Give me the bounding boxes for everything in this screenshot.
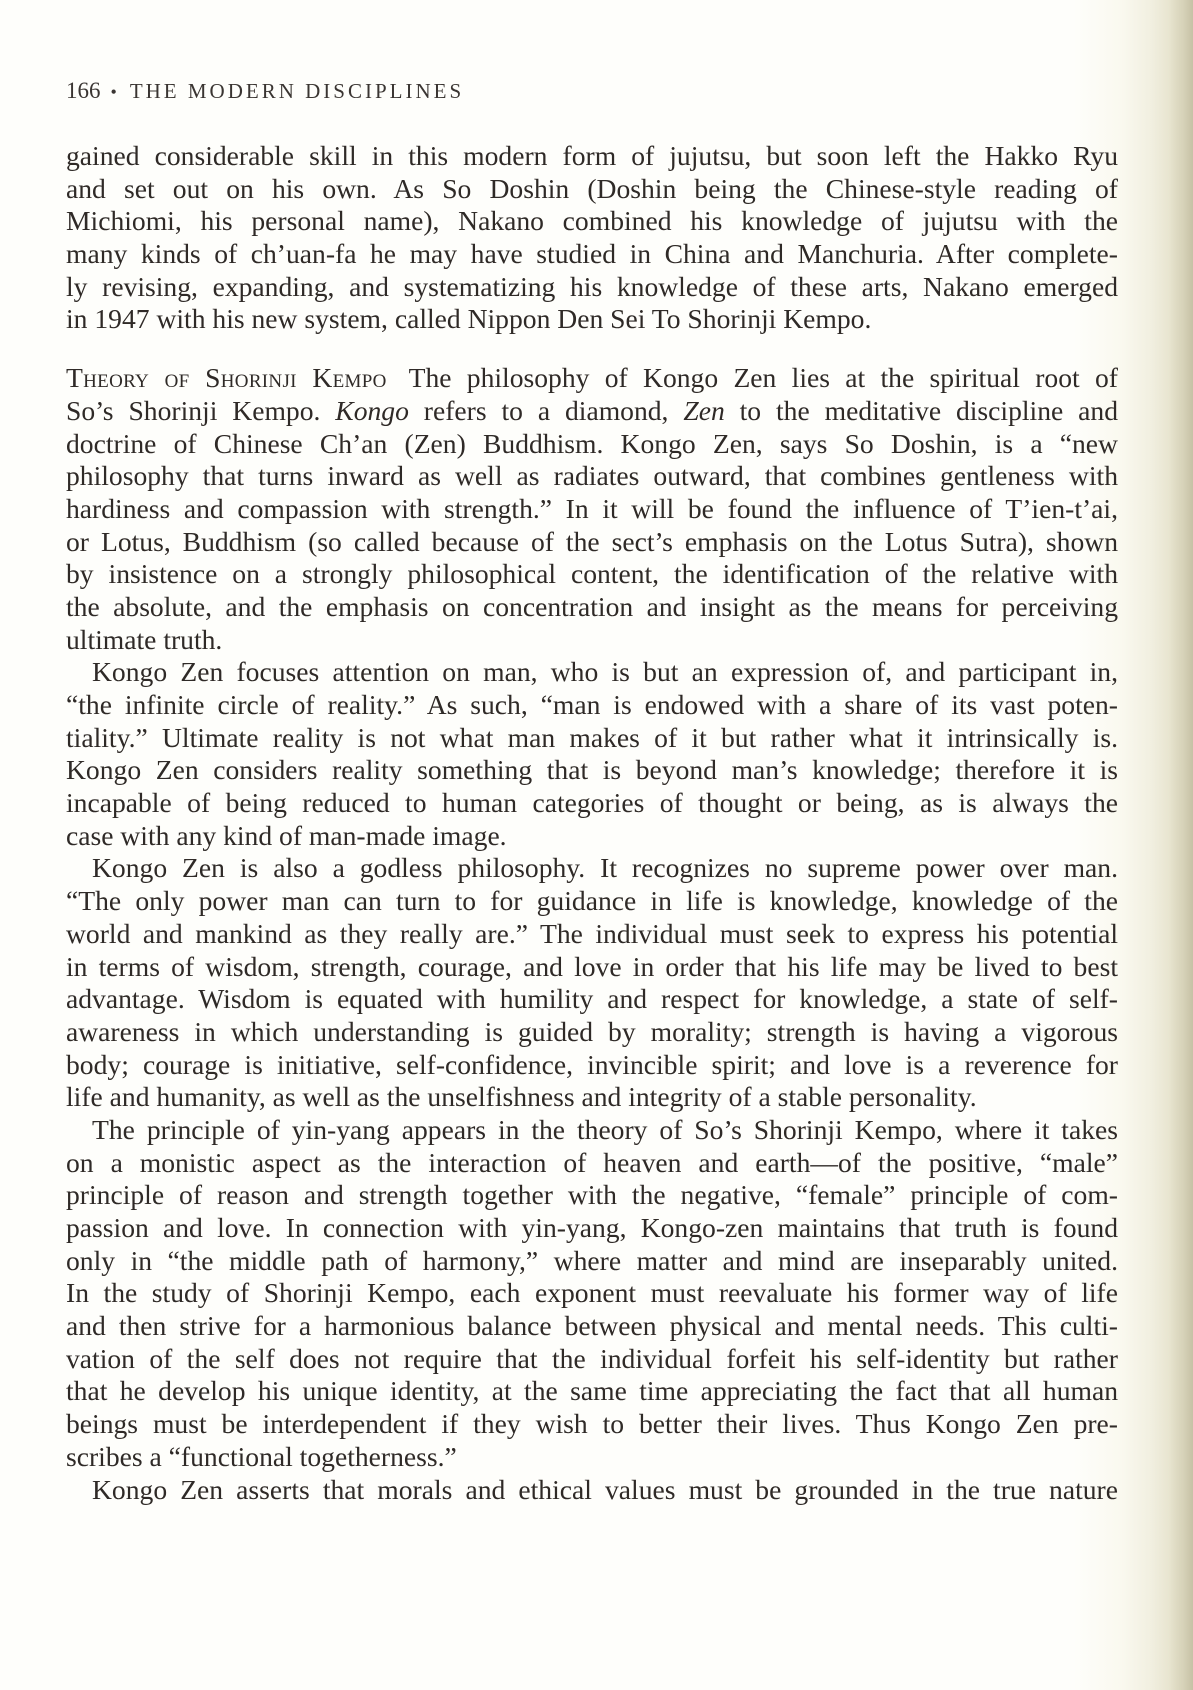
paragraph-man: Kongo Zen focuses attention on man, who …	[66, 656, 1118, 852]
section-title: THE MODERN DISCIPLINES	[130, 79, 464, 103]
text-line: Kongo Zen considers reality something th…	[66, 754, 1118, 787]
paragraph-yin-yang: The principle of yin-yang appears in the…	[66, 1114, 1118, 1474]
text-line: The principle of yin-yang appears in the…	[66, 1114, 1118, 1147]
text-line: Kongo Zen focuses attention on man, who …	[66, 656, 1118, 689]
paragraph-theory: Theory of Shorinji KempoThe philosophy o…	[66, 362, 1118, 656]
text-line: hardiness and compassion with strength.”…	[66, 493, 1118, 526]
text-line: philosophy that turns inward as well as …	[66, 460, 1118, 493]
text-line-with-italics: So’s Shorinji Kempo. Kongo refers to a d…	[66, 395, 1118, 428]
text-line: doctrine of Chinese Ch’an (Zen) Buddhism…	[66, 428, 1118, 461]
text-line: in 1947 with his new system, called Nipp…	[66, 303, 1118, 336]
text-line: ultimate truth.	[66, 624, 1118, 657]
text-line: “The only power man can turn to for guid…	[66, 885, 1118, 918]
text-line: and then strive for a harmonious balance…	[66, 1310, 1118, 1343]
text-line: or Lotus, Buddhism (so called because of…	[66, 526, 1118, 559]
text-line: Michiomi, his personal name), Nakano com…	[66, 205, 1118, 238]
italic-term-kongo: Kongo	[335, 395, 409, 426]
text-line: that he develop his unique identity, at …	[66, 1375, 1118, 1408]
text-fragment: So’s Shorinji Kempo.	[66, 395, 335, 426]
text-line: awareness in which understanding is guid…	[66, 1016, 1118, 1049]
text-fragment: to the meditative discipline and	[725, 395, 1118, 426]
text-line: principle of reason and strength togethe…	[66, 1179, 1118, 1212]
spine-shadow	[1169, 0, 1193, 1690]
text-line: “the infinite circle of reality.” As suc…	[66, 689, 1118, 722]
text-line: passion and love. In connection with yin…	[66, 1212, 1118, 1245]
text-line: Kongo Zen asserts that morals and ethica…	[66, 1474, 1118, 1507]
text-line: and set out on his own. As So Doshin (Do…	[66, 173, 1118, 206]
text-line: only in “the middle path of harmony,” wh…	[66, 1245, 1118, 1278]
text-line: on a monistic aspect as the interaction …	[66, 1147, 1118, 1180]
section-heading: Theory of Shorinji Kempo	[66, 362, 387, 393]
text-line: the absolute, and the emphasis on concen…	[66, 591, 1118, 624]
section-spacer	[66, 336, 1118, 362]
text-line: ly revising, expanding, and systematizin…	[66, 271, 1118, 304]
text-line: by insistence on a strongly philosophica…	[66, 558, 1118, 591]
text-line: vation of the self does not require that…	[66, 1343, 1118, 1376]
page-number: 166	[66, 78, 101, 103]
text-line: gained considerable skill in this modern…	[66, 140, 1118, 173]
text-line: life and humanity, as well as the unself…	[66, 1081, 1118, 1114]
body-text: gained considerable skill in this modern…	[66, 140, 1118, 1506]
paragraph-godless: Kongo Zen is also a godless philosophy. …	[66, 852, 1118, 1114]
italic-term-zen: Zen	[683, 395, 724, 426]
text-line: scribes a “functional togetherness.”	[66, 1441, 1118, 1474]
text-line: case with any kind of man-made image.	[66, 820, 1118, 853]
running-head: 166•THE MODERN DISCIPLINES	[66, 78, 464, 104]
bullet-separator-icon: •	[111, 82, 120, 103]
text-line: many kinds of ch’uan-fa he may have stud…	[66, 238, 1118, 271]
book-page: 166•THE MODERN DISCIPLINES gained consid…	[0, 0, 1193, 1690]
text-fragment: refers to a diamond,	[409, 395, 683, 426]
text-line: beings must be interdependent if they wi…	[66, 1408, 1118, 1441]
text-line: world and mankind as they really are.” T…	[66, 918, 1118, 951]
text-line: Kongo Zen is also a godless philosophy. …	[66, 852, 1118, 885]
text-line: incapable of being reduced to human cate…	[66, 787, 1118, 820]
paragraph-morals: Kongo Zen asserts that morals and ethica…	[66, 1474, 1118, 1507]
text-line: tiality.” Ultimate reality is not what m…	[66, 722, 1118, 755]
text-line-with-heading: Theory of Shorinji KempoThe philosophy o…	[66, 362, 1118, 395]
text-fragment: The philosophy of Kongo Zen lies at the …	[409, 362, 1118, 393]
text-line: in terms of wisdom, strength, courage, a…	[66, 951, 1118, 984]
text-line: body; courage is initiative, self-confid…	[66, 1049, 1118, 1082]
text-line: In the study of Shorinji Kempo, each exp…	[66, 1277, 1118, 1310]
text-line: advantage. Wisdom is equated with humili…	[66, 983, 1118, 1016]
paragraph-intro: gained considerable skill in this modern…	[66, 140, 1118, 336]
